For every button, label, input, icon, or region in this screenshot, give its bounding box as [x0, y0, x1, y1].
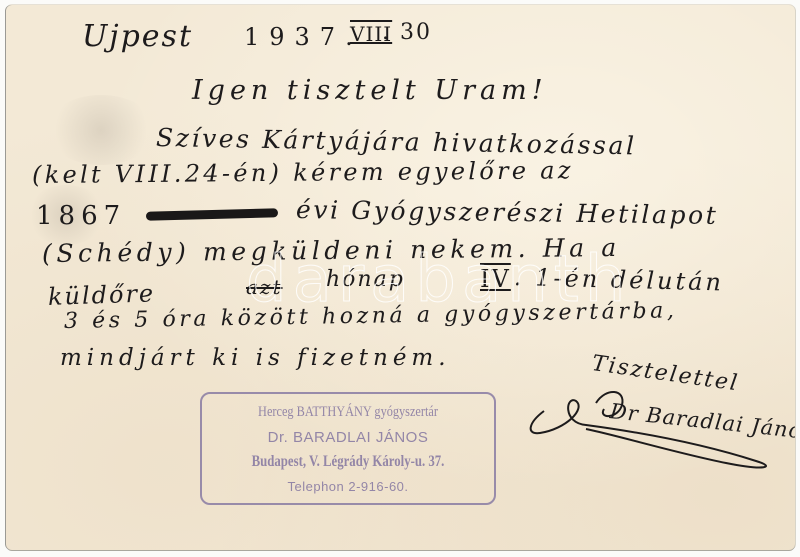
letter-salutation: Igen tisztelt Uram! [192, 75, 548, 106]
letter-day: . 30 [382, 20, 432, 45]
stamp-pharmacy-name: Herceg BATTHYÁNY gyógyszertár [228, 404, 467, 421]
stamp-telephone: Telephon 2-916-60. [202, 479, 494, 494]
postcard: Ujpest 1937. VIII . 30 Igen tisztelt Ura… [6, 5, 795, 550]
letter-place: Ujpest [82, 19, 193, 54]
postmark-smudge [46, 95, 156, 165]
stamp-address: Budapest, V. Légrády Károly-u. 37. [231, 453, 465, 471]
letter-line-3-rest: évi Gyógyszerészi Hetilapot [296, 195, 719, 230]
letter-line-2: (kelt VIII.24-én) kérem egyelőre az [32, 156, 574, 189]
letter-line-7: mindjárt ki is fizetném. [60, 345, 451, 371]
watermark: darabanth [246, 243, 631, 317]
crossed-out-word [146, 208, 278, 220]
letter-line-1: Szíves Kártyájára hivatkozással [156, 123, 637, 160]
letter-line-5-a: küldőre [48, 279, 156, 311]
letter-line-3-number: 1867 [36, 201, 126, 231]
letter-year: 1937. [244, 23, 363, 51]
pharmacy-stamp: Herceg BATTHYÁNY gyógyszertár Dr. BARADL… [200, 392, 496, 505]
stamp-owner-name: Dr. BARADLAI JÁNOS [202, 429, 494, 446]
